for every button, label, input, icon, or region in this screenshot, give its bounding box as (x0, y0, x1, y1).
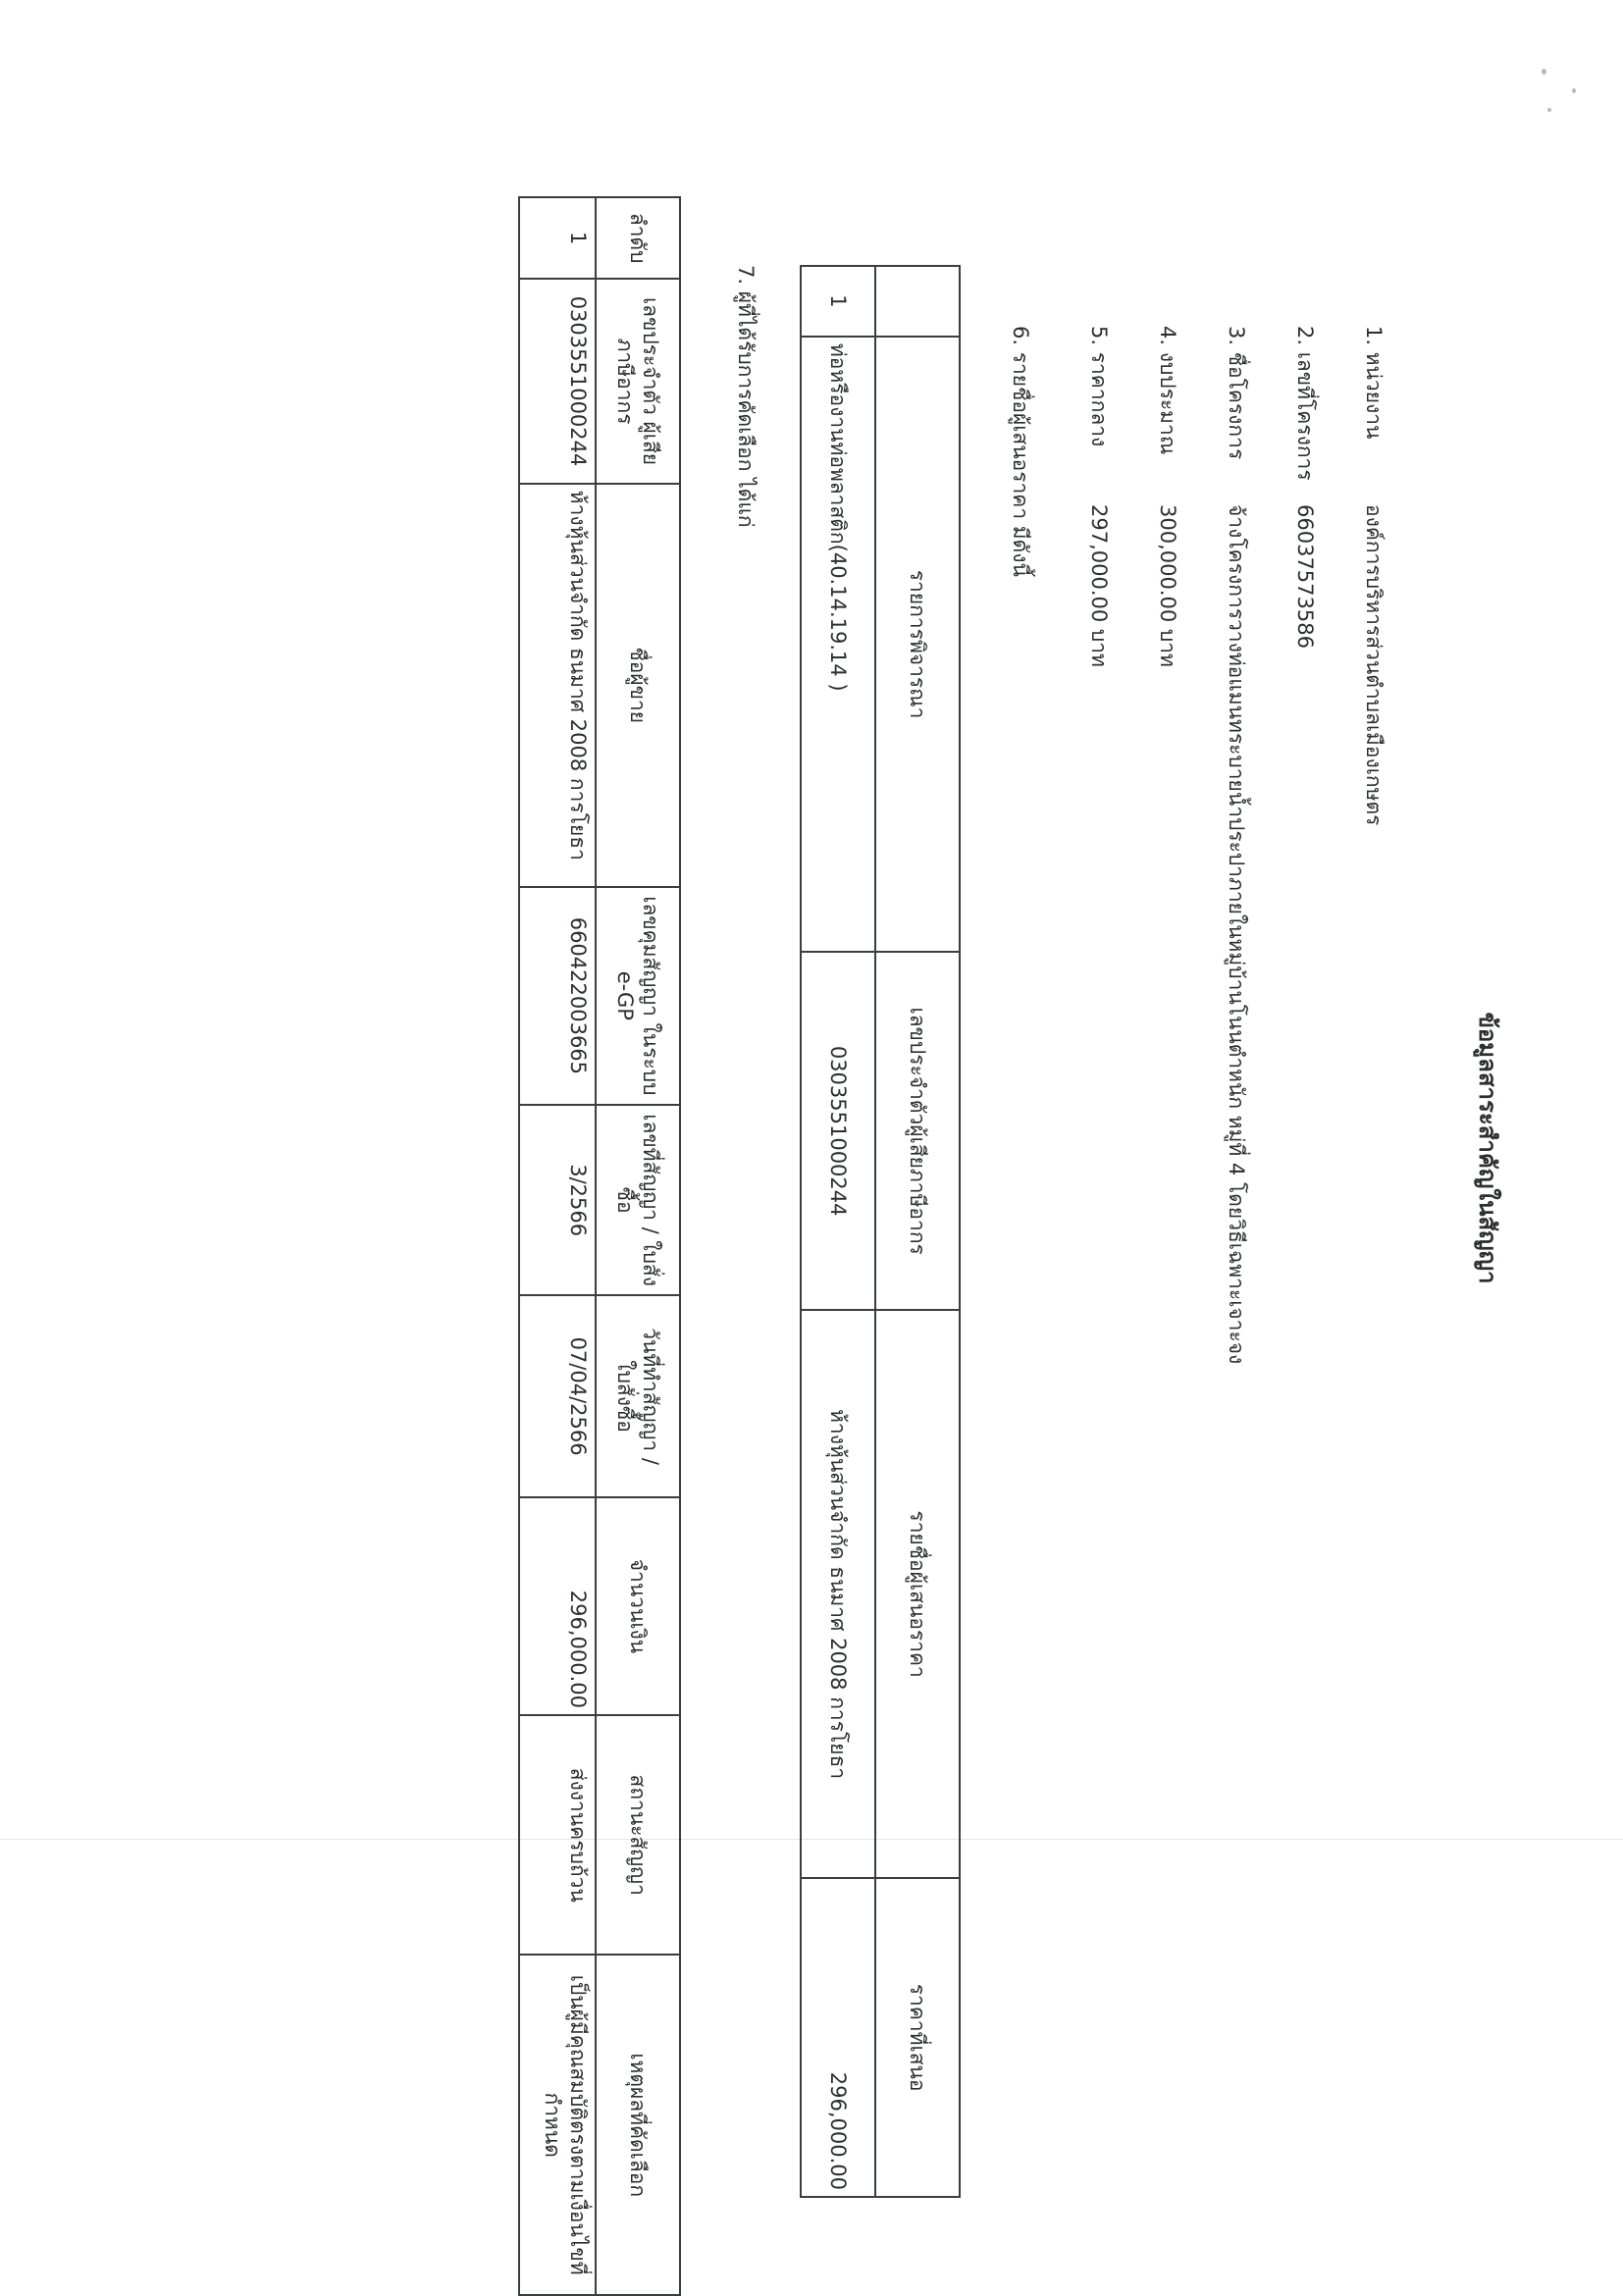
field-label: 4. งบประมาณ (1152, 326, 1183, 454)
table-cell: 660422003665 (519, 887, 596, 1105)
table-header-row: รายการพิจารณา เลขประจำตัวผู้เสียภาษีอากร… (875, 266, 960, 2197)
table-cell: เป็นผู้มีคุณสมบัติตรงตามเงื่อนไขที่กำหนด (519, 1955, 596, 2295)
header-cell: จำนวนเงิน (596, 1497, 680, 1715)
table-cell: 07/04/2566 (519, 1295, 596, 1497)
document-title: ข้อมูลสาระสำคัญในสัญญา (1469, 0, 1507, 2296)
table-cell: ท่อหรืองานท่อพลาสติก(40.14.19.14 ) (801, 337, 875, 952)
table-cell: 1 (801, 266, 875, 337)
header-cell: ชื่อผู้ขาย (596, 484, 680, 887)
document-page: ข้อมูลสาระสำคัญในสัญญา 1. หน่วยงาน องค์ก… (0, 0, 1623, 2296)
scan-artifact (1517, 59, 1596, 137)
field-value: จ้างโครงการวางท่อแมนทระบายน้ำประปาภายในห… (1221, 504, 1252, 1364)
table-cell: 296,000.00 (801, 1878, 875, 2197)
table-cell: ส่งงานครบถ้วน (519, 1715, 596, 1955)
header-cell: เลขที่สัญญา / ใบสั่งซื้อ (596, 1105, 680, 1295)
header-cell: ลำดับ (596, 197, 680, 279)
table-cell: ห้างหุ้นส่วนจำกัด ธนมาศ 2008 การโยธา (801, 1310, 875, 1878)
table-cell: 0303551000244 (801, 952, 875, 1310)
header-cell: เลขประจำตัว ผู้เสียภาษีอากร (596, 279, 680, 484)
header-cell: ราคาที่เสนอ (875, 1878, 960, 2197)
header-cell: เลขประจำตัวผู้เสียภาษีอากร (875, 952, 960, 1310)
header-cell: รายการพิจารณา (875, 337, 960, 952)
table-row: 1 0303551000244 ห้างหุ้นส่วนจำกัด ธนมาศ … (519, 197, 596, 2295)
table-cell: 296,000.00 (519, 1497, 596, 1715)
field-value: 66037573586 (1289, 504, 1321, 649)
field-value: 297,000.00 บาท (1083, 504, 1115, 667)
field-label: 5. ราคากลาง (1083, 326, 1115, 446)
header-cell: เหตุผลที่คัดเลือก (596, 1955, 680, 2295)
awarded-table: ลำดับ เลขประจำตัว ผู้เสียภาษีอากร ชื่อผู… (518, 196, 681, 2296)
header-cell (875, 266, 960, 337)
header-cell: เลขคุมสัญญา ในระบบ e-GP (596, 887, 680, 1105)
field-value: 300,000.00 บาท (1152, 504, 1183, 667)
header-cell: รายชื่อผู้เสนอราคา (875, 1310, 960, 1878)
bidders-table: รายการพิจารณา เลขประจำตัวผู้เสียภาษีอากร… (800, 265, 961, 2198)
field-label: 2. เลขที่โครงการ (1289, 326, 1321, 481)
field-label: 3. ชื่อโครงการ (1221, 326, 1252, 459)
field-label: 1. หน่วยงาน (1358, 326, 1389, 439)
header-cell: วันที่ทำสัญญา / ใบสั่งซื้อ (596, 1295, 680, 1497)
table-row: 1 ท่อหรืองานท่อพลาสติก(40.14.19.14 ) 030… (801, 266, 875, 2197)
table-cell: 3/2566 (519, 1105, 596, 1295)
table-cell: ห้างหุ้นส่วนจำกัด ธนมาศ 2008 การโยธา (519, 484, 596, 887)
header-cell: สถานะสัญญา (596, 1715, 680, 1955)
table-cell: 1 (519, 197, 596, 279)
table-header-row: ลำดับ เลขประจำตัว ผู้เสียภาษีอากร ชื่อผู… (596, 197, 680, 2295)
field-value: องค์การบริหารส่วนตำบลเมืองเกษตร (1358, 504, 1389, 825)
table-cell: 0303551000244 (519, 279, 596, 484)
